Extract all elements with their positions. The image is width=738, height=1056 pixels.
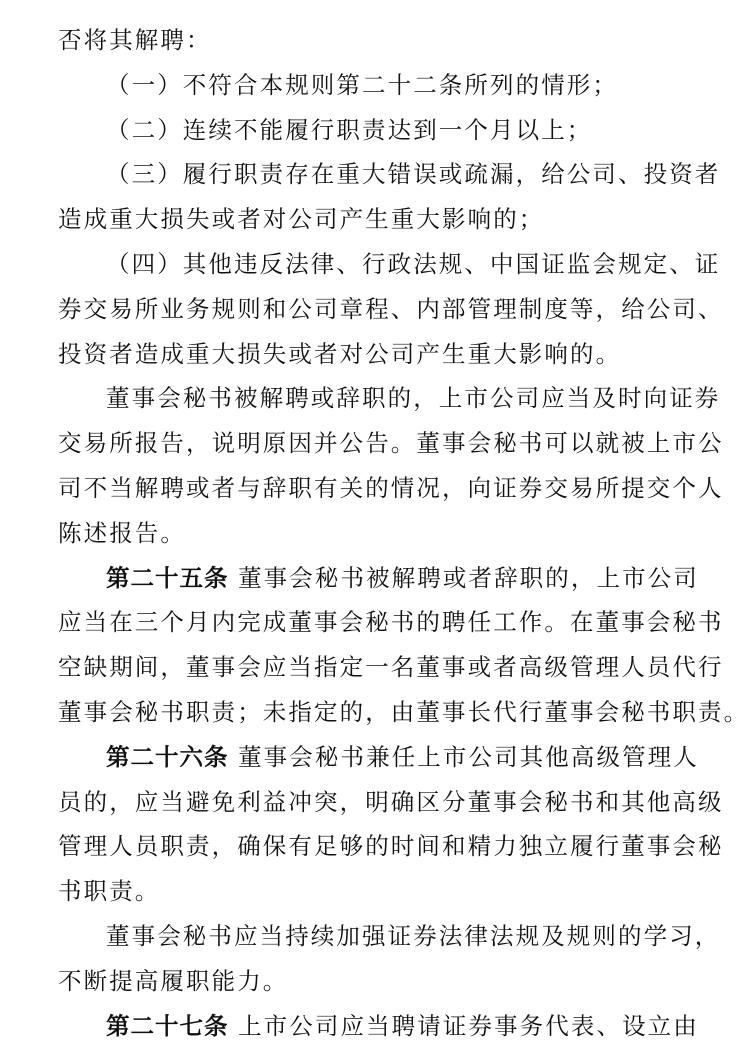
text-line: 司不当解聘或者与辞职有关的情况，向证券交易所提交个人 [58, 466, 680, 511]
text-line: 员的，应当避免利益冲突，明确区分董事会秘书和其他高级 [58, 780, 680, 825]
text-line: 书职责。 [58, 869, 680, 914]
list-item-3: （三）履行职责存在重大错误或疏漏，给公司、投资者 [58, 152, 680, 197]
article-text: 董事会秘书兼任上市公司其他高级管理人 [229, 743, 699, 771]
article-number: 第二十七条 [106, 1012, 229, 1040]
text-line: 应当在三个月内完成董事会秘书的聘任工作。在董事会秘书 [58, 600, 680, 645]
paragraph-start: 董事会秘书被解聘或辞职的，上市公司应当及时向证券 [58, 376, 680, 421]
text-line: 券交易所业务规则和公司章程、内部管理制度等，给公司、 [58, 287, 680, 332]
text-line: 董事会秘书职责；未指定的，由董事长代行董事会秘书职责。 [58, 690, 680, 735]
article-25: 第二十五条 董事会秘书被解聘或者辞职的，上市公司 [58, 556, 680, 601]
document-page: 否将其解聘： （一）不符合本规则第二十二条所列的情形； （二）连续不能履行职责达… [58, 18, 680, 1048]
text-line: 不断提高履职能力。 [58, 959, 680, 1004]
list-item-4: （四）其他违反法律、行政法规、中国证监会规定、证 [58, 242, 680, 287]
article-number: 第二十六条 [106, 743, 229, 771]
text-line: 管理人员职责，确保有足够的时间和精力独立履行董事会秘 [58, 824, 680, 869]
article-27: 第二十七条 上市公司应当聘请证券事务代表、设立由 [58, 1004, 680, 1049]
article-26: 第二十六条 董事会秘书兼任上市公司其他高级管理人 [58, 735, 680, 780]
article-text: 董事会秘书被解聘或者辞职的，上市公司 [229, 564, 699, 592]
text-line: 否将其解聘： [58, 18, 680, 63]
text-line: 造成重大损失或者对公司产生重大影响的； [58, 197, 680, 242]
article-number: 第二十五条 [106, 564, 229, 592]
list-item-2: （二）连续不能履行职责达到一个月以上； [58, 108, 680, 153]
text-line: 空缺期间，董事会应当指定一名董事或者高级管理人员代行 [58, 645, 680, 690]
paragraph-start: 董事会秘书应当持续加强证券法律法规及规则的学习， [58, 914, 680, 959]
list-item-1: （一）不符合本规则第二十二条所列的情形； [58, 63, 680, 108]
text-line: 交易所报告，说明原因并公告。董事会秘书可以就被上市公 [58, 421, 680, 466]
text-line: 陈述报告。 [58, 511, 680, 556]
text-line: 投资者造成重大损失或者对公司产生重大影响的。 [58, 332, 680, 377]
article-text: 上市公司应当聘请证券事务代表、设立由 [229, 1012, 699, 1040]
